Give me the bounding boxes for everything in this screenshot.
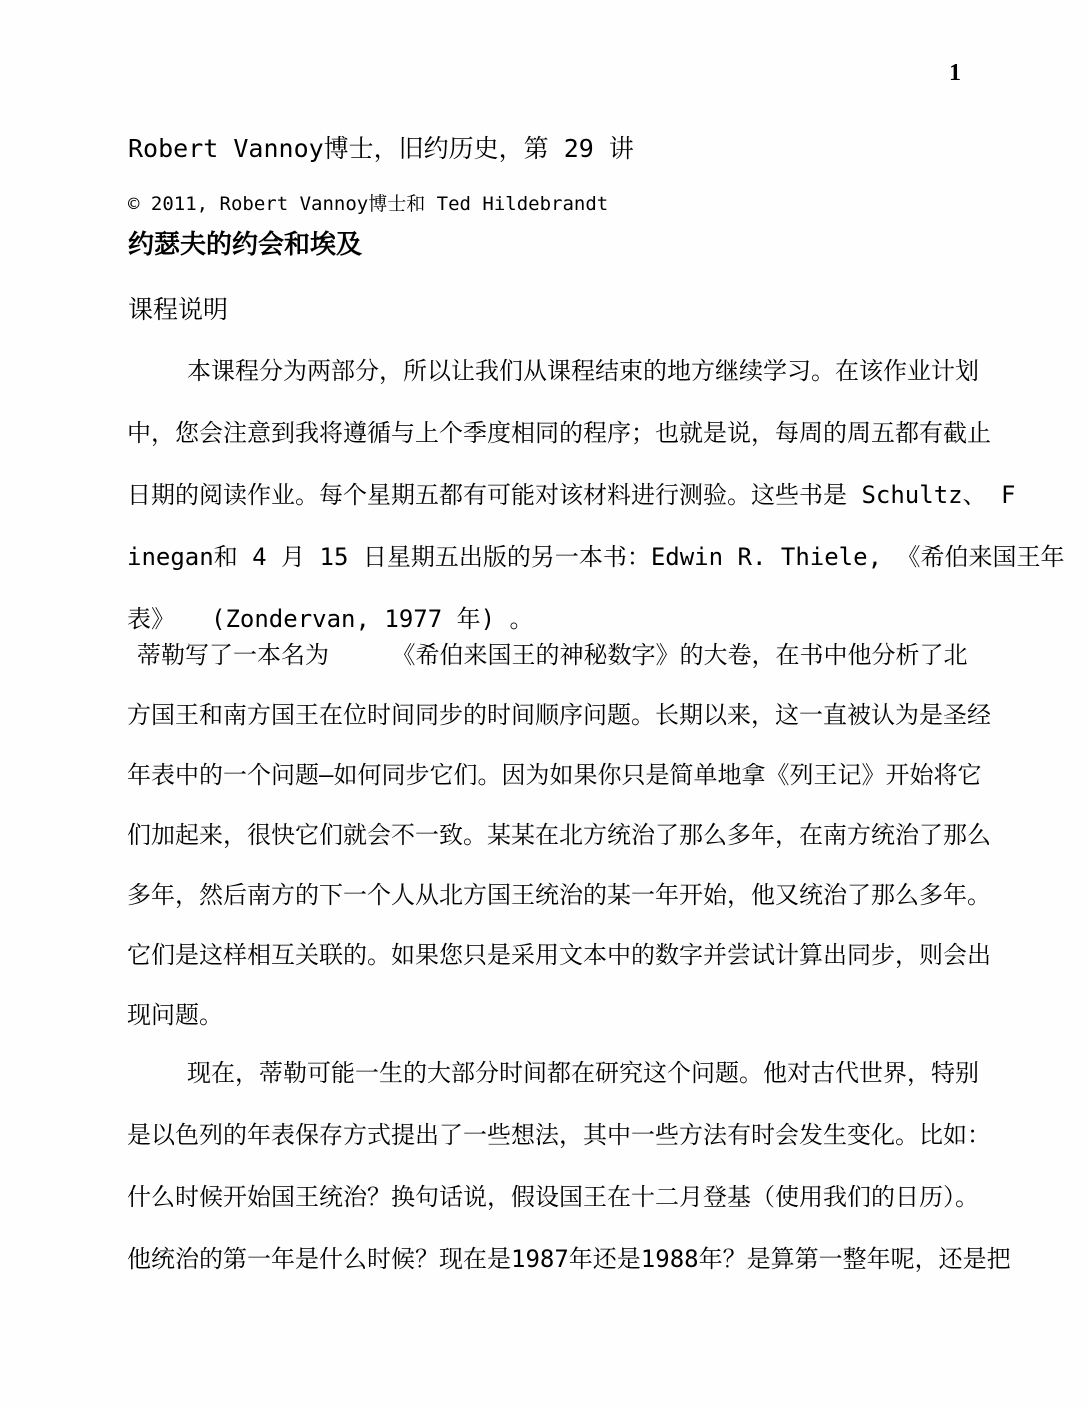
body-line: 现问题。 xyxy=(127,985,977,1045)
copyright-line: © 2011, Robert Vannoy博士和 Ted Hildebrandt xyxy=(128,192,608,216)
paragraph-1: 本课程分为两部分，所以让我们从课程结束的地方继续学习。在该作业计划 中，您会注意… xyxy=(127,340,977,650)
body-line: 蒂勒写了一本名为 《希伯来国王的神秘数字》的大卷，在书中他分析了北 xyxy=(127,625,977,685)
body-line: 现在，蒂勒可能一生的大部分时间都在研究这个问题。他对古代世界，特别 xyxy=(127,1042,977,1104)
body-line: 中，您会注意到我将遵循与上个季度相同的程序；也就是说，每周的周五都有截止 xyxy=(127,402,977,464)
paragraph-3: 现在，蒂勒可能一生的大部分时间都在研究这个问题。他对古代世界，特别 是以色列的年… xyxy=(127,1042,977,1290)
body-line: 方国王和南方国王在位时间同步的时间顺序问题。长期以来，这一直被认为是圣经 xyxy=(127,685,977,745)
body-line: inegan和 4 月 15 日星期五出版的另一本书：Edwin R. Thie… xyxy=(127,526,977,588)
body-line: 多年，然后南方的下一个人从北方国王统治的某一年开始，他又统治了那么多年。 xyxy=(127,865,977,925)
subsection-heading: 课程说明 xyxy=(128,294,228,326)
body-line: 他统治的第一年是什么时候？现在是1987年还是1988年？是算第一整年呢，还是把 xyxy=(127,1228,977,1290)
page-number: 1 xyxy=(949,58,961,88)
body-line: 日期的阅读作业。每个星期五都有可能对该材料进行测验。这些书是 Schultz、 … xyxy=(127,464,977,526)
body-line: 它们是这样相互关联的。如果您只是采用文本中的数字并尝试计算出同步，则会出 xyxy=(127,925,977,985)
body-line: 是以色列的年表保存方式提出了一些想法，其中一些方法有时会发生变化。比如： xyxy=(127,1104,977,1166)
body-line: 本课程分为两部分，所以让我们从课程结束的地方继续学习。在该作业计划 xyxy=(127,340,977,402)
paragraph-2: 蒂勒写了一本名为 《希伯来国王的神秘数字》的大卷，在书中他分析了北 方国王和南方… xyxy=(127,625,977,1045)
body-line: 们加起来，很快它们就会不一致。某某在北方统治了那么多年，在南方统治了那么 xyxy=(127,805,977,865)
body-line: 年表中的一个问题—如何同步它们。因为如果你只是简单地拿《列王记》开始将它 xyxy=(127,745,977,805)
body-line: 什么时候开始国王统治？换句话说，假设国王在十二月登基（使用我们的日历）。 xyxy=(127,1166,977,1228)
lecture-title: Robert Vannoy博士，旧约历史，第 29 讲 xyxy=(128,133,634,165)
document-page: 1 Robert Vannoy博士，旧约历史，第 29 讲 © 2011, Ro… xyxy=(0,0,1088,1408)
section-heading: 约瑟夫的约会和埃及 xyxy=(128,229,362,262)
